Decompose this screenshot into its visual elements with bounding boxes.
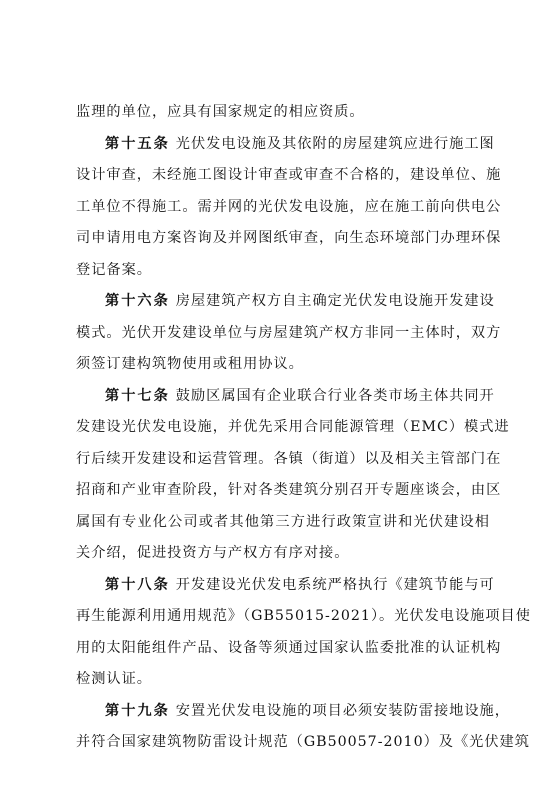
line-text: 检测认证。 <box>76 671 152 687</box>
paragraph-line: 用的太阳能组件产品、设备等须通过国家认监委批准的认证机构 <box>76 633 490 665</box>
line-text: 房屋建筑产权方自主确定光伏发电设施开发建设 <box>176 293 495 309</box>
paragraph-line: 再生能源利用通用规范》（GB55015-2021）。光伏发电设施项目使 <box>76 601 490 633</box>
line-text: 须签订建构筑物使用或租用协议。 <box>76 356 304 372</box>
line-text: 关介绍，促进投资方与产权方有序对接。 <box>76 545 349 561</box>
paragraph-line: 司申请用电方案咨询及并网图纸审查，向生态环境部门办理环保 <box>76 223 490 255</box>
paragraph-line: 须签订建构筑物使用或租用协议。 <box>76 349 490 381</box>
paragraph-line: 招商和产业审查阶段，针对各类建筑分别召开专题座谈会，由区 <box>76 475 490 507</box>
article-number: 第十八条 <box>105 577 170 593</box>
article-number: 第十六条 <box>105 293 170 309</box>
line-text: 开发建设光伏发电系统严格执行《建筑节能与可 <box>176 577 495 593</box>
article-number: 第十九条 <box>105 703 170 719</box>
line-text: 工单位不得施工。需并网的光伏发电设施，应在施工前向供电公 <box>76 199 501 215</box>
line-text: 设计审查，未经施工图设计审查或审查不合格的，建设单位、施 <box>76 167 501 183</box>
line-text: 用的太阳能组件产品、设备等须通过国家认监委批准的认证机构 <box>76 640 501 656</box>
article-first-line: 第十六条房屋建筑产权方自主确定光伏发电设施开发建设 <box>76 286 490 318</box>
paragraph-line: 行后续开发建设和运营管理。各镇（街道）以及相关主管部门在 <box>76 444 490 476</box>
article-number: 第十七条 <box>105 388 170 404</box>
paragraph-line: 并符合国家建筑物防雷设计规范（GB50057-2010）及《光伏建筑 <box>76 727 490 759</box>
paragraph-line: 监理的单位，应具有国家规定的相应资质。 <box>76 97 490 129</box>
paragraph-line: 模式。光伏开发建设单位与房屋建筑产权方非同一主体时，双方 <box>76 318 490 350</box>
article-first-line: 第十七条鼓励区属国有企业联合行业各类市场主体共同开 <box>76 381 490 413</box>
line-text: 安置光伏发电设施的项目必须安装防雷接地设施， <box>176 703 510 719</box>
paragraph-line: 属国有专业化公司或者其他第三方进行政策宣讲和光伏建设相 <box>76 507 490 539</box>
line-text: 属国有专业化公司或者其他第三方进行政策宣讲和光伏建设相 <box>76 514 490 530</box>
line-text: 并符合国家建筑物防雷设计规范（GB50057-2010）及《光伏建筑 <box>76 734 530 750</box>
paragraph-line: 登记备案。 <box>76 255 490 287</box>
line-text: 再生能源利用通用规范》（GB55015-2021）。光伏发电设施项目使 <box>76 608 531 624</box>
article-number: 第十五条 <box>105 136 170 152</box>
line-text: 发建设光伏发电设施，并优先采用合同能源管理（EMC）模式进 <box>76 419 510 435</box>
line-text: 司申请用电方案咨询及并网图纸审查，向生态环境部门办理环保 <box>76 230 501 246</box>
line-text: 模式。光伏开发建设单位与房屋建筑产权方非同一主体时，双方 <box>76 325 501 341</box>
line-text: 光伏发电设施及其依附的房屋建筑应进行施工图 <box>176 136 495 152</box>
line-text: 行后续开发建设和运营管理。各镇（街道）以及相关主管部门在 <box>76 451 501 467</box>
document-page: 监理的单位，应具有国家规定的相应资质。第十五条光伏发电设施及其依附的房屋建筑应进… <box>76 97 490 759</box>
line-text: 鼓励区属国有企业联合行业各类市场主体共同开 <box>176 388 495 404</box>
line-text: 登记备案。 <box>76 262 152 278</box>
paragraph-line: 检测认证。 <box>76 664 490 696</box>
paragraph-line: 发建设光伏发电设施，并优先采用合同能源管理（EMC）模式进 <box>76 412 490 444</box>
paragraph-line: 设计审查，未经施工图设计审查或审查不合格的，建设单位、施 <box>76 160 490 192</box>
article-first-line: 第十九条安置光伏发电设施的项目必须安装防雷接地设施， <box>76 696 490 728</box>
paragraph-line: 关介绍，促进投资方与产权方有序对接。 <box>76 538 490 570</box>
line-text: 招商和产业审查阶段，针对各类建筑分别召开专题座谈会，由区 <box>76 482 501 498</box>
article-first-line: 第十五条光伏发电设施及其依附的房屋建筑应进行施工图 <box>76 129 490 161</box>
paragraph-line: 工单位不得施工。需并网的光伏发电设施，应在施工前向供电公 <box>76 192 490 224</box>
line-text: 监理的单位，应具有国家规定的相应资质。 <box>76 104 365 120</box>
article-first-line: 第十八条开发建设光伏发电系统严格执行《建筑节能与可 <box>76 570 490 602</box>
